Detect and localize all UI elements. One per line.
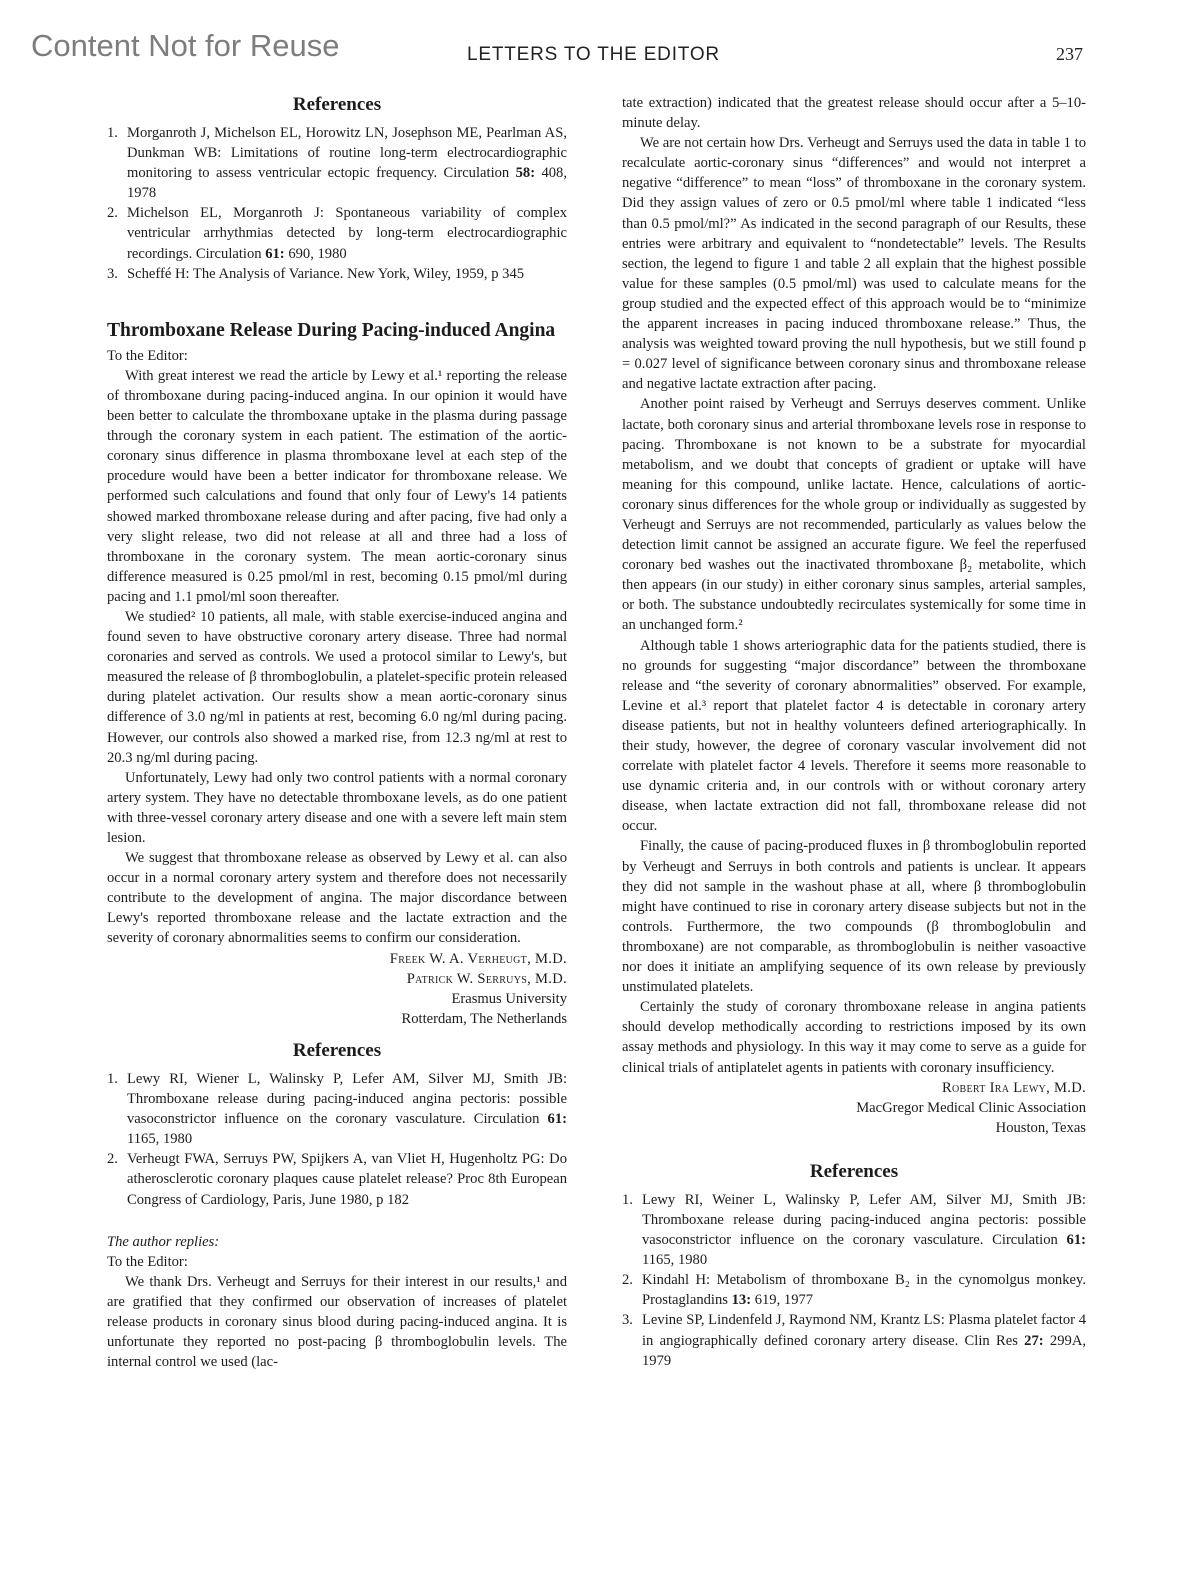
- salutation: To the Editor:: [107, 346, 567, 366]
- reference-item: 2. Kindahl H: Metabolism of thromboxane …: [622, 1270, 1086, 1310]
- watermark: Content Not for Reuse: [31, 28, 339, 64]
- body-paragraph: Another point raised by Verheugt and Ser…: [622, 394, 1086, 635]
- reference-text: Morganroth J, Michelson EL, Horowitz LN,…: [127, 123, 567, 203]
- author-location: Rotterdam, The Netherlands: [107, 1009, 567, 1029]
- references-top: References 1. Morganroth J, Michelson EL…: [107, 93, 567, 284]
- reference-number: 2.: [622, 1270, 642, 1310]
- reference-number: 1.: [622, 1190, 642, 1270]
- reference-text: Scheffé H: The Analysis of Variance. New…: [127, 264, 567, 284]
- reference-item: 3. Levine SP, Lindenfeld J, Raymond NM, …: [622, 1310, 1086, 1370]
- reference-number: 2.: [107, 1149, 127, 1209]
- signature-block: Freek W. A. Verheugt, M.D. Patrick W. Se…: [107, 949, 567, 1029]
- left-column: References 1. Morganroth J, Michelson EL…: [107, 93, 567, 1372]
- reference-list: 1. Lewy RI, Weiner L, Walinsky P, Lefer …: [622, 1190, 1086, 1371]
- body-paragraph: We studied² 10 patients, all male, with …: [107, 607, 567, 768]
- body-paragraph: Although table 1 shows arteriographic da…: [622, 636, 1086, 837]
- author-name: Robert Ira Lewy, M.D.: [622, 1078, 1086, 1098]
- author-name: Patrick W. Serruys, M.D.: [107, 969, 567, 989]
- reference-item: 1. Lewy RI, Weiner L, Walinsky P, Lefer …: [622, 1190, 1086, 1270]
- reference-text: Levine SP, Lindenfeld J, Raymond NM, Kra…: [642, 1310, 1086, 1370]
- reference-text: Lewy RI, Weiner L, Walinsky P, Lefer AM,…: [642, 1190, 1086, 1270]
- signature-block: Robert Ira Lewy, M.D. MacGregor Medical …: [622, 1078, 1086, 1138]
- body-paragraph: We thank Drs. Verheugt and Serruys for t…: [107, 1272, 567, 1372]
- reply-heading: The author replies:: [107, 1232, 567, 1252]
- reference-item: 1. Morganroth J, Michelson EL, Horowitz …: [107, 123, 567, 203]
- reference-item: 3. Scheffé H: The Analysis of Variance. …: [107, 264, 567, 284]
- reference-text: Verheugt FWA, Serruys PW, Spijkers A, va…: [127, 1149, 567, 1209]
- article-title: Thromboxane Release During Pacing-induce…: [107, 318, 567, 344]
- reference-text: Lewy RI, Wiener L, Walinsky P, Lefer AM,…: [127, 1069, 567, 1149]
- reference-text: Kindahl H: Metabolism of thromboxane B₂ …: [642, 1270, 1086, 1310]
- body-paragraph: We suggest that thromboxane release as o…: [107, 848, 567, 948]
- references-heading: References: [107, 1039, 567, 1063]
- author-affiliation: Erasmus University: [107, 989, 567, 1009]
- body-paragraph: With great interest we read the article …: [107, 366, 567, 607]
- reference-number: 2.: [107, 203, 127, 263]
- page-number: 237: [1056, 44, 1083, 65]
- reference-number: 3.: [107, 264, 127, 284]
- reference-number: 1.: [107, 123, 127, 203]
- reference-item: 2. Verheugt FWA, Serruys PW, Spijkers A,…: [107, 1149, 567, 1209]
- reference-text: Michelson EL, Morganroth J: Spontaneous …: [127, 203, 567, 263]
- letter-verheugt-serruys: Thromboxane Release During Pacing-induce…: [107, 318, 567, 1029]
- salutation: To the Editor:: [107, 1252, 567, 1272]
- body-paragraph-continued: tate extraction) indicated that the grea…: [622, 93, 1086, 133]
- references-heading: References: [107, 93, 567, 117]
- body-paragraph: Unfortunately, Lewy had only two control…: [107, 768, 567, 848]
- author-reply-continued: tate extraction) indicated that the grea…: [622, 93, 1086, 1138]
- references-bottom: References 1. Lewy RI, Weiner L, Walinsk…: [622, 1160, 1086, 1371]
- body-paragraph: Finally, the cause of pacing-produced fl…: [622, 836, 1086, 997]
- references-mid: References 1. Lewy RI, Wiener L, Walinsk…: [107, 1039, 567, 1210]
- reference-number: 1.: [107, 1069, 127, 1149]
- reference-item: 1. Lewy RI, Wiener L, Walinsky P, Lefer …: [107, 1069, 567, 1149]
- author-name: Freek W. A. Verheugt, M.D.: [107, 949, 567, 969]
- author-location: Houston, Texas: [622, 1118, 1086, 1138]
- right-column: tate extraction) indicated that the grea…: [622, 93, 1086, 1371]
- running-head: LETTERS TO THE EDITOR: [467, 44, 720, 66]
- body-paragraph: Certainly the study of coronary thrombox…: [622, 997, 1086, 1077]
- author-affiliation: MacGregor Medical Clinic Association: [622, 1098, 1086, 1118]
- references-heading: References: [622, 1160, 1086, 1184]
- author-reply-start: The author replies: To the Editor: We th…: [107, 1232, 567, 1373]
- reference-number: 3.: [622, 1310, 642, 1370]
- reference-list: 1. Morganroth J, Michelson EL, Horowitz …: [107, 123, 567, 284]
- body-paragraph: We are not certain how Drs. Verheugt and…: [622, 133, 1086, 394]
- reference-item: 2. Michelson EL, Morganroth J: Spontaneo…: [107, 203, 567, 263]
- reference-list: 1. Lewy RI, Wiener L, Walinsky P, Lefer …: [107, 1069, 567, 1210]
